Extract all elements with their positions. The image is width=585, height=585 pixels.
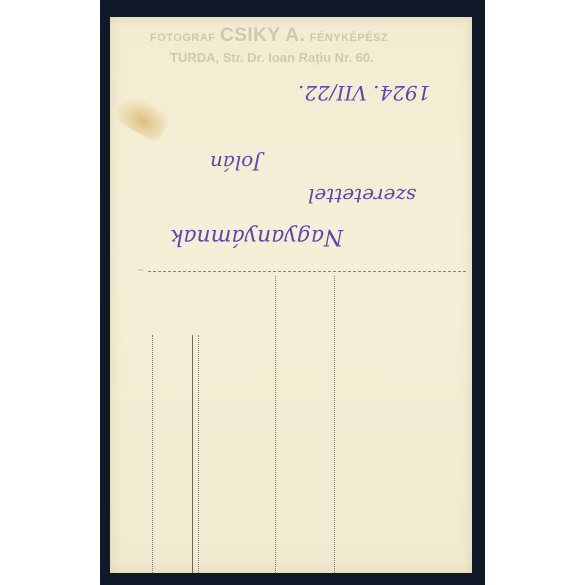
handwritten-signature: Jolán	[210, 151, 261, 175]
horizontal-divider	[148, 271, 466, 272]
handwritten-line-1: Nagyanyámnak	[170, 224, 343, 249]
stamp-name: CSIKY A.	[220, 25, 305, 46]
handwritten-date: 1924. VII/22.	[298, 81, 430, 105]
address-line-1	[152, 335, 153, 573]
handwritten-line-2: szeretettel	[308, 184, 416, 208]
address-line-3	[198, 335, 199, 573]
stamp-suffix: FÉNYKÉPÉSZ	[310, 32, 388, 44]
address-line-2	[192, 335, 193, 573]
photographer-stamp-line1: FOTOGRAF CSIKY A. FÉNYKÉPÉSZ	[150, 25, 450, 47]
divider-mark: ◦◦	[138, 267, 143, 274]
postcard-back: FOTOGRAF CSIKY A. FÉNYKÉPÉSZ TURDA, Str.…	[110, 17, 472, 573]
photographer-stamp-address: TURDA, Str. Dr. Ioan Rațiu Nr. 60.	[170, 50, 374, 65]
address-line-4	[275, 276, 276, 573]
stamp-prefix: FOTOGRAF	[150, 32, 216, 44]
address-line-5	[334, 276, 335, 573]
water-stain	[112, 91, 173, 144]
